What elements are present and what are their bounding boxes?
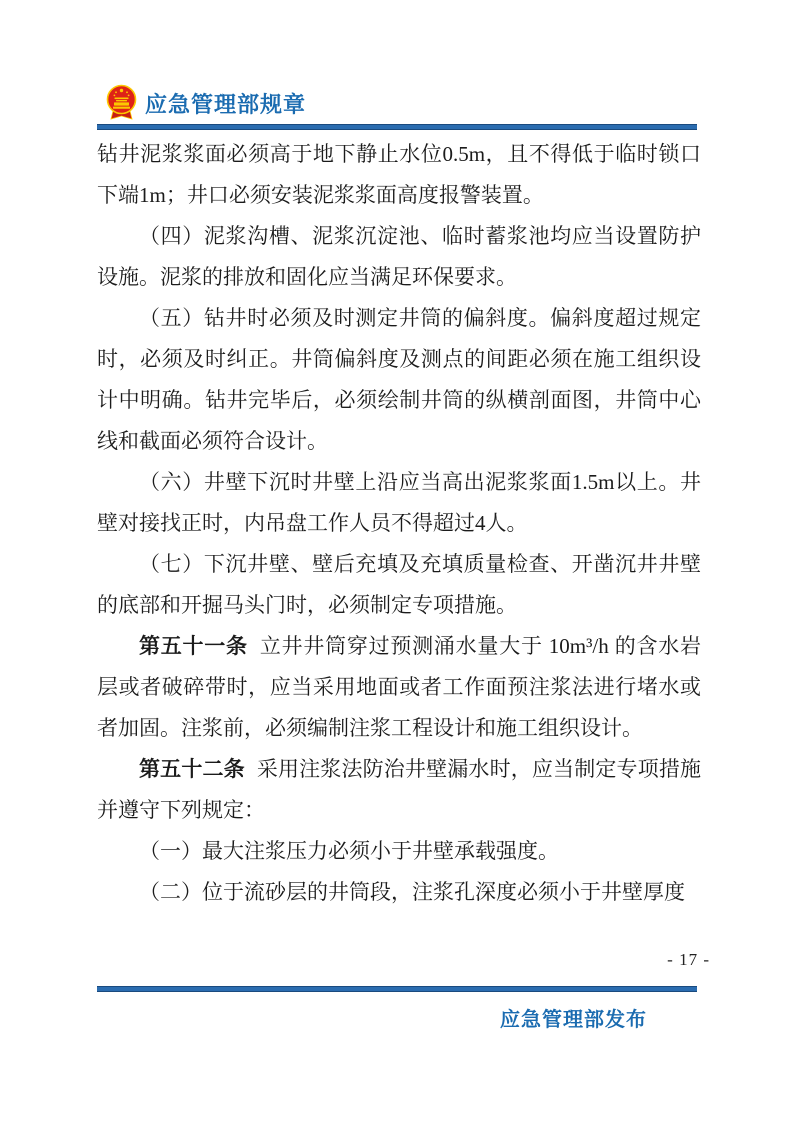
paragraph: 第五十二条采用注浆法防治井壁漏水时，应当制定专项措施并遵守下列规定：: [97, 749, 701, 831]
article-number: 第五十一条: [139, 634, 248, 658]
footer-publisher: 应急管理部发布: [500, 1003, 647, 1032]
document-body: 钻井泥浆浆面必须高于地下静止水位0.5m，且不得低于临时锁口下端1m；井口必须安…: [97, 134, 701, 913]
paragraph: （四）泥浆沟槽、泥浆沉淀池、临时蓄浆池均应当设置防护设施。泥浆的排放和固化应当满…: [97, 216, 701, 298]
page-number: - 17 -: [667, 950, 710, 970]
page-header: 应急管理部规章: [105, 84, 306, 122]
paragraph: 第五十一条立井井筒穿过预测涌水量大于 10m³/h 的含水岩层或者破碎带时，应当…: [97, 626, 701, 749]
paragraph: （一）最大注浆压力必须小于井壁承载强度。: [97, 831, 701, 872]
header-rule: [97, 124, 697, 130]
paragraph: 钻井泥浆浆面必须高于地下静止水位0.5m，且不得低于临时锁口下端1m；井口必须安…: [97, 134, 701, 216]
header-title: 应急管理部规章: [145, 88, 306, 119]
paragraph: （五）钻井时必须及时测定井筒的偏斜度。偏斜度超过规定时，必须及时纠正。井筒偏斜度…: [97, 298, 701, 462]
paragraph: （二）位于流砂层的井筒段，注浆孔深度必须小于井壁厚度: [97, 872, 701, 913]
paragraph: （七）下沉井壁、壁后充填及充填质量检查、开凿沉井井壁的底部和开掘马头门时，必须制…: [97, 544, 701, 626]
article-number: 第五十二条: [139, 757, 245, 781]
paragraph: （六）井壁下沉时井壁上沿应当高出泥浆浆面1.5m以上。井壁对接找正时，内吊盘工作…: [97, 462, 701, 544]
china-national-emblem-icon: [105, 84, 138, 122]
document-page: 应急管理部规章 钻井泥浆浆面必须高于地下静止水位0.5m，且不得低于临时锁口下端…: [0, 0, 793, 1122]
footer-rule: [97, 986, 697, 992]
